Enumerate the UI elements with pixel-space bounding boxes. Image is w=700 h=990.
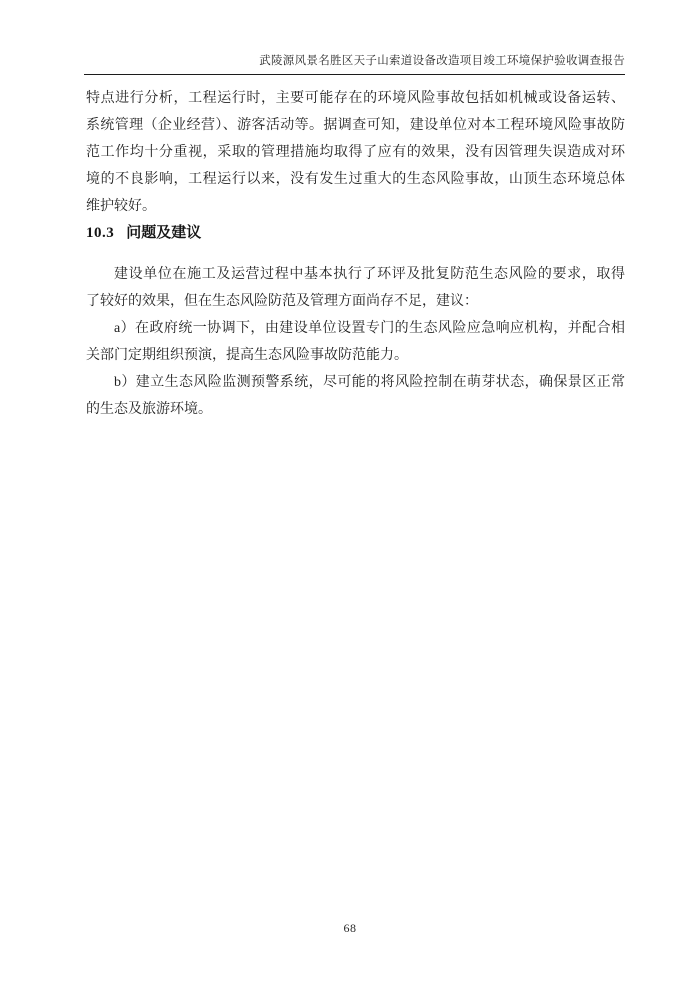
section-number: 10.3 bbox=[86, 225, 114, 241]
paragraph-suggestions-intro: 建设单位在施工及运营过程中基本执行了环评及批复防范生态风险的要求，取得了较好的效… bbox=[86, 261, 625, 315]
header-title: 武陵源风景名胜区天子山索道设备改造项目竣工环境保护验收调查报告 bbox=[259, 54, 625, 68]
section-heading-problems-and-suggestions: 10.3问题及建议 bbox=[86, 220, 625, 247]
text-line: 关部门定期组织预演，提高生态风险事故防范能力。 bbox=[86, 342, 625, 369]
document-page: 武陵源风景名胜区天子山索道设备改造项目竣工环境保护验收调查报告 特点进行分析，工… bbox=[0, 0, 700, 990]
page-number: 68 bbox=[344, 921, 357, 935]
document-body: 特点进行分析，工程运行时，主要可能存在的环境风险事故包括如机械或设备运转、系统管… bbox=[86, 85, 625, 423]
paragraph-suggestion-b: b）建立生态风险监测预警系统，尽可能的将风险控制在萌芽状态，确保景区正常的生态及… bbox=[86, 369, 625, 423]
paragraph-suggestion-a: a）在政府统一协调下，由建设单位设置专门的生态风险应急响应机构，并配合相关部门定… bbox=[86, 315, 625, 369]
text-line: 的生态及旅游环境。 bbox=[86, 396, 625, 423]
text-line: 境的不良影响，工程运行以来，没有发生过重大的生态风险事故，山顶生态环境总体 bbox=[86, 166, 625, 193]
text-line: b）建立生态风险监测预警系统，尽可能的将风险控制在萌芽状态，确保景区正常 bbox=[86, 369, 625, 396]
text-line: 范工作均十分重视，采取的管理措施均取得了应有的效果，没有因管理失误造成对环 bbox=[86, 139, 625, 166]
header-rule bbox=[84, 74, 625, 75]
section-title: 问题及建议 bbox=[126, 225, 201, 241]
text-line: 建设单位在施工及运营过程中基本执行了环评及批复防范生态风险的要求，取得 bbox=[86, 261, 625, 288]
text-line: 了较好的效果，但在生态风险防范及管理方面尚存不足，建议： bbox=[86, 288, 625, 315]
text-line: a）在政府统一协调下，由建设单位设置专门的生态风险应急响应机构，并配合相 bbox=[86, 315, 625, 342]
text-line: 特点进行分析，工程运行时，主要可能存在的环境风险事故包括如机械或设备运转、 bbox=[86, 85, 625, 112]
page-footer: 68 bbox=[0, 919, 700, 937]
text-line: 维护较好。 bbox=[86, 193, 625, 220]
paragraph-environmental-risk: 特点进行分析，工程运行时，主要可能存在的环境风险事故包括如机械或设备运转、系统管… bbox=[86, 85, 625, 220]
text-line: 系统管理（企业经营）、游客活动等。据调查可知，建设单位对本工程环境风险事故防 bbox=[86, 112, 625, 139]
